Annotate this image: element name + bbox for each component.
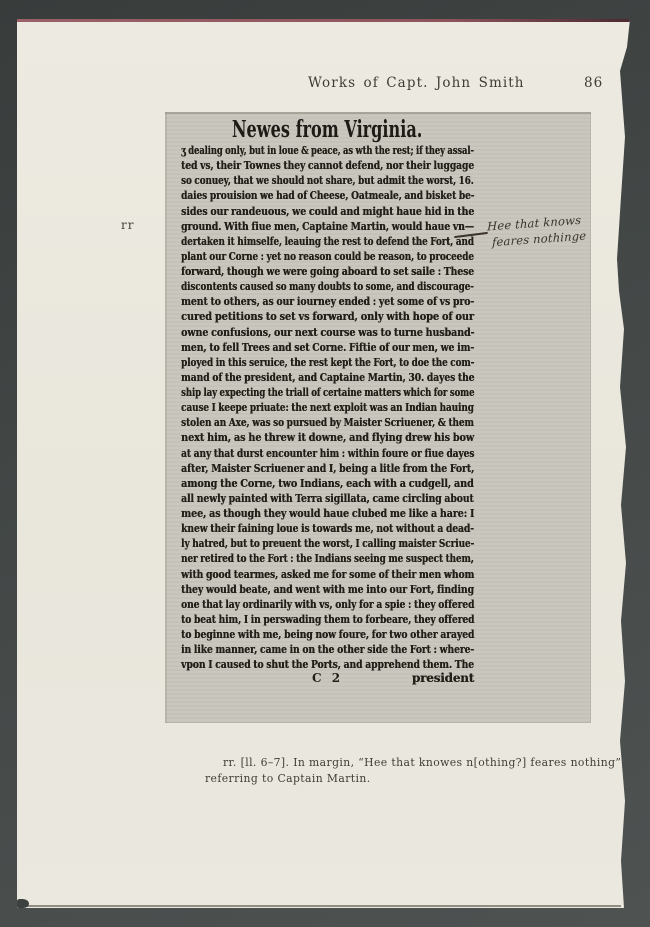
facsimile-line: at any that durst encounter him : within… xyxy=(181,446,474,461)
facsimile-line: ner retired to the Fort : the Indians se… xyxy=(181,551,474,566)
facsimile-line: to beginne with me, being now foure, for… xyxy=(181,627,474,642)
facsimile-line: ted vs, their Townes they cannot defend,… xyxy=(181,158,474,173)
facsimile-line: next him, as he threw it downe, and flyi… xyxy=(181,430,474,445)
running-head-title: Works of Capt. John Smith xyxy=(308,75,525,91)
facsimile-line: forward, though we were going aboard to … xyxy=(181,264,474,279)
facsimile-line: ployed in this seruice, the rest kept th… xyxy=(181,355,474,370)
facsimile-line: owne confusions, our next course was to … xyxy=(181,325,474,340)
page-top-edge-stain xyxy=(17,19,633,22)
facsimile-signature-row: C 2 president xyxy=(181,671,474,687)
facsimile-title: Newes from Virginia. xyxy=(181,116,474,143)
facsimile-text-block: ʒ dealing only, but in loue & peace, as … xyxy=(181,143,474,672)
facsimile-line: to beat him, I in perswading them to for… xyxy=(181,612,474,627)
facsimile-line: ship lay expecting the triall of certain… xyxy=(181,385,474,400)
facsimile-line: dertaken it himselfe, leauing the rest t… xyxy=(181,234,474,249)
facsimile-line: one that lay ordinarily with vs, only fo… xyxy=(181,597,474,612)
facsimile-plate: Newes from Virginia. ʒ dealing only, but… xyxy=(165,112,591,723)
facsimile-line: mand of the president, and Captaine Mart… xyxy=(181,370,474,385)
facsimile-line: ground. With fiue men, Captaine Martin, … xyxy=(181,219,474,234)
facsimile-line: in like manner, came in on the other sid… xyxy=(181,642,474,657)
facsimile-line: sides our randeuous, we could and might … xyxy=(181,204,474,219)
facsimile-line: plant our Corne : yet no reason could be… xyxy=(181,249,474,264)
facsimile-line: with good tearmes, asked me for some of … xyxy=(181,567,474,582)
facsimile-line: all newly painted with Terra sigillata, … xyxy=(181,491,474,506)
catchword: president xyxy=(412,671,474,685)
facsimile-line: stolen an Axe, was so pursued by Maister… xyxy=(181,415,474,430)
facsimile-line: discontents caused so many doubts to som… xyxy=(181,279,474,294)
signature-mark: C 2 xyxy=(312,671,343,685)
facsimile-line: ʒ dealing only, but in loue & peace, as … xyxy=(181,143,474,158)
facsimile-line: men, to fell Trees and set Corne. Fiftie… xyxy=(181,340,474,355)
facsimile-title-text: Newes from Virginia. xyxy=(232,116,423,143)
facsimile-line: ment to others, as our iourney ended : y… xyxy=(181,294,474,309)
footnote-line-1: rr. [ll. 6–7]. In margin, “Hee that know… xyxy=(223,755,615,771)
photo-backdrop: Works of Capt. John Smith 86 rr Newes fr… xyxy=(0,0,650,927)
footnote-line-2: referring to Captain Martin. xyxy=(205,771,615,787)
facsimile-line: after, Maister Scriuener and I, being a … xyxy=(181,461,474,476)
facsimile-line: they would beate, and went with me into … xyxy=(181,582,474,597)
page-number: 86 xyxy=(584,75,603,91)
facsimile-line: mee, as though they would haue clubed me… xyxy=(181,506,474,521)
margin-siglum: rr xyxy=(121,218,134,232)
facsimile-line: daies prouision we had of Cheese, Oatmea… xyxy=(181,188,474,203)
book-page: Works of Capt. John Smith 86 rr Newes fr… xyxy=(17,19,633,908)
facsimile-line: cured petitions to set vs forward, only … xyxy=(181,309,474,324)
facsimile-line: so conuey, that we should not share, but… xyxy=(181,173,474,188)
facsimile-line: knew their faining loue is towards me, n… xyxy=(181,521,474,536)
page-bottom-edge xyxy=(19,905,621,907)
editorial-footnote: rr. [ll. 6–7]. In margin, “Hee that know… xyxy=(205,755,615,786)
facsimile-line: ly hatred, but to preuent the worst, I c… xyxy=(181,536,474,551)
page-corner-notch xyxy=(17,899,29,908)
facsimile-line: among the Corne, two Indians, each with … xyxy=(181,476,474,491)
facsimile-line: cause I keepe priuate: the next exploit … xyxy=(181,400,474,415)
